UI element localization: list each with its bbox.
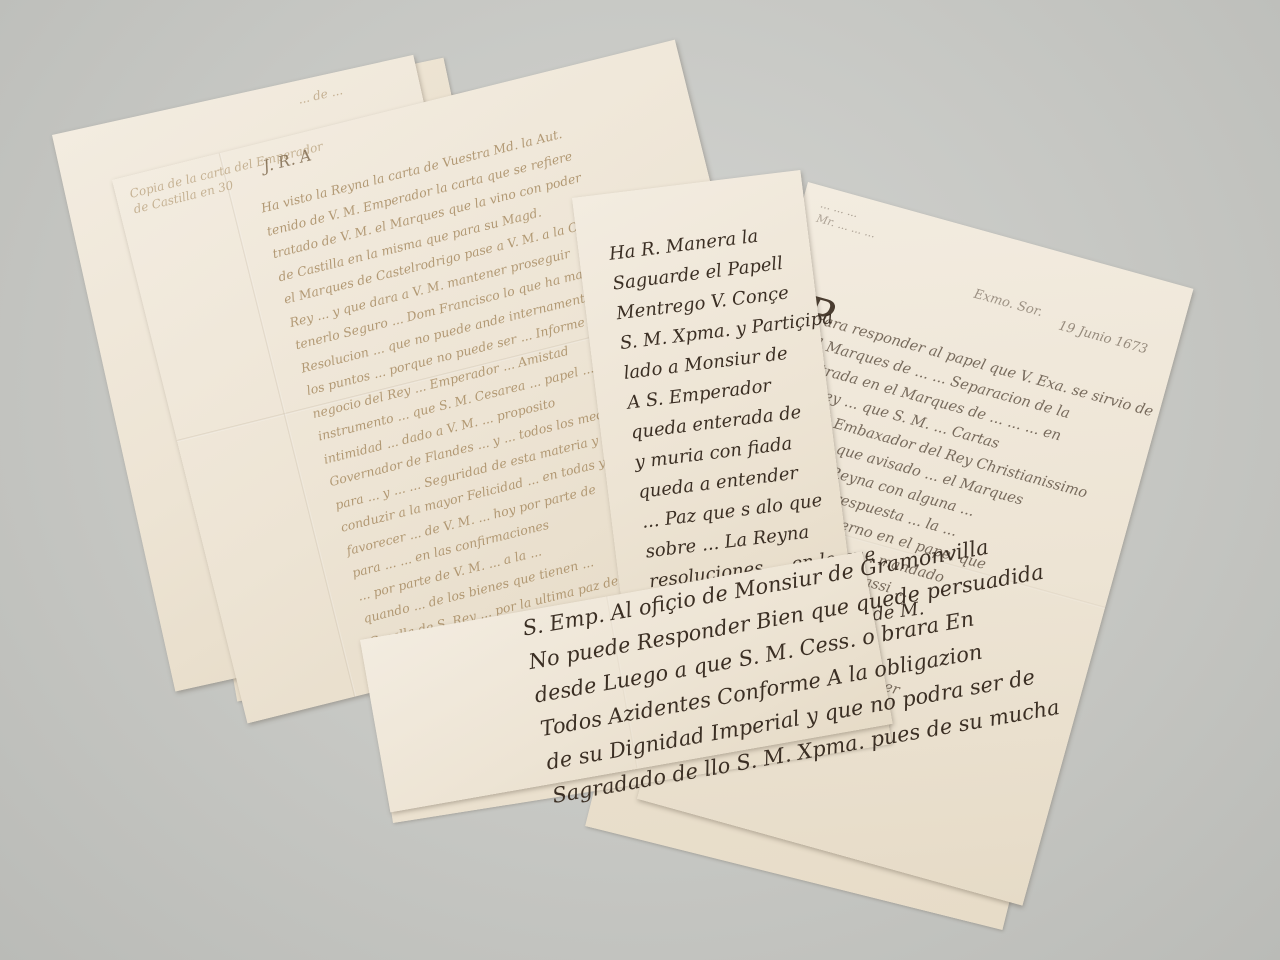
right-date: 19 Junio 1673: [1057, 318, 1150, 357]
right-salutation: Exmo. Sor.: [972, 287, 1044, 320]
left-back-header-text: ... de ...: [297, 83, 344, 106]
